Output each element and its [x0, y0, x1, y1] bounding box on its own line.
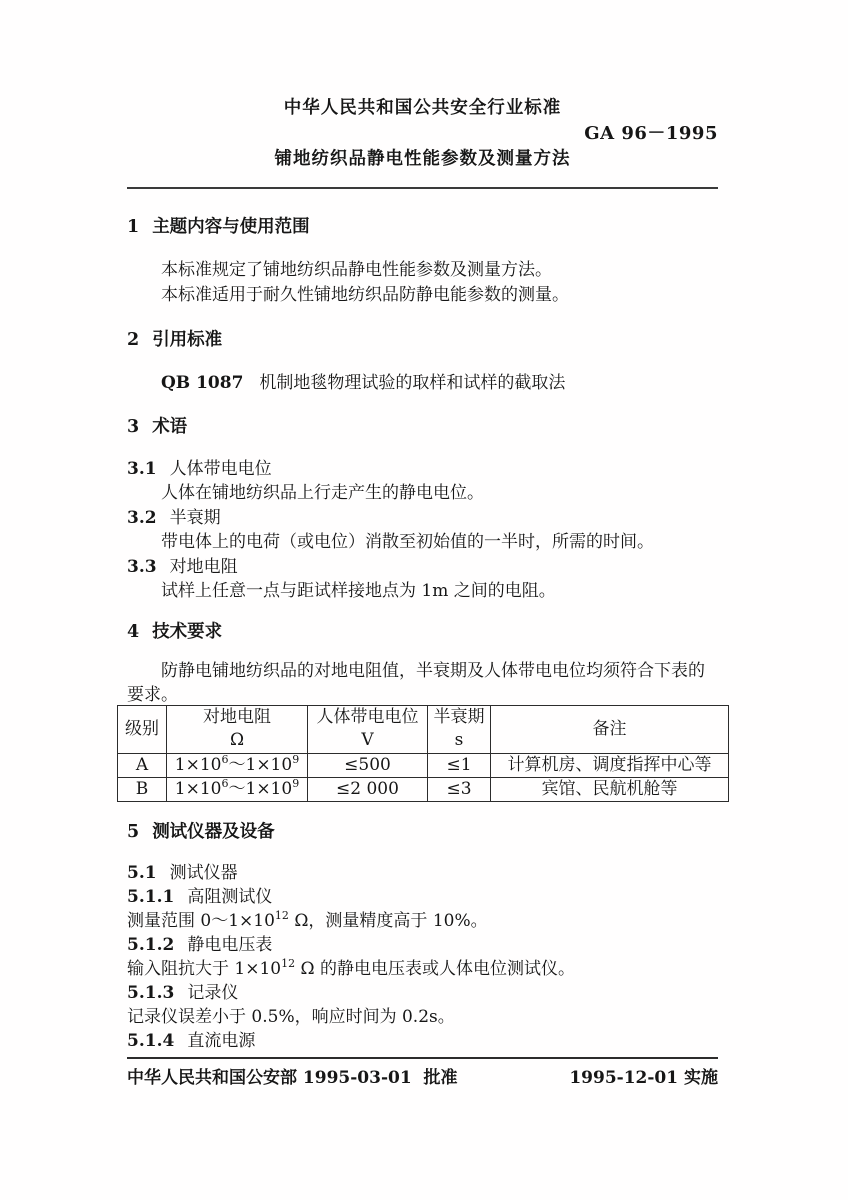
cell-remark: 宾馆、民航机舱等: [491, 777, 729, 801]
section-2-title: 引用标准: [152, 330, 222, 350]
footer-rule: [127, 1057, 718, 1059]
subsection-title: 测试仪器: [170, 863, 238, 883]
cell-remark: 计算机房、调度指挥中心等: [491, 753, 729, 777]
cell-half-life: ≤3: [428, 777, 491, 801]
subsection-heading: 5.1.4直流电源: [127, 1029, 718, 1053]
approval-note: 中华人民共和国公安部 1995-03-01 批准: [127, 1066, 458, 1091]
section-1-paragraph: 本标准适用于耐久性铺地纺织品防静电能参数的测量。: [127, 283, 718, 308]
cell-resistance: 1×106～1×109: [167, 777, 308, 801]
subsection-body: 输入阻抗大于 1×1012 Ω 的静电电压表或人体电位测试仪。: [127, 957, 718, 981]
cell-potential: ≤500: [308, 753, 428, 777]
section-4-title: 技术要求: [152, 622, 222, 642]
subsection-title: 静电电压表: [187, 935, 272, 955]
section-1-paragraph: 本标准规定了铺地纺织品静电性能参数及测量方法。: [127, 258, 718, 283]
section-3-heading: 3术语: [127, 415, 718, 440]
terms-list: 3.1人体带电电位 人体在铺地纺织品上行走产生的静电电位。 3.2半衰期 带电体…: [127, 457, 718, 604]
term-name: 半衰期: [170, 508, 221, 528]
term-definition: 带电体上的电荷（或电位）消散至初始值的一半时，所需的时间。: [127, 530, 718, 555]
col-header-grade: 级别: [118, 705, 167, 753]
standard-type-heading: 中华人民共和国公共安全行业标准: [127, 96, 718, 121]
subsection-heading: 5.1测试仪器: [127, 861, 718, 885]
section-4-intro: 防静电铺地纺织品的对地电阻值，半衰期及人体带电电位均须符合下表的要求。: [127, 659, 718, 708]
subsection-title: 直流电源: [187, 1031, 255, 1051]
section-1-title: 主题内容与使用范围: [152, 217, 310, 237]
table-row: A 1×106～1×109 ≤500 ≤1 计算机房、调度指挥中心等: [118, 753, 729, 777]
subsection-body: 测量范围 0～1×1012 Ω，测量精度高于 10%。: [127, 909, 718, 933]
section-5-title: 测试仪器及设备: [152, 822, 275, 842]
term-heading: 3.1人体带电电位: [127, 457, 718, 482]
table-header-row: 级别 对地电阻 Ω 人体带电电位 V 半衰期 s 备注: [118, 705, 729, 753]
section-1-body: 本标准规定了铺地纺织品静电性能参数及测量方法。 本标准适用于耐久性铺地纺织品防静…: [127, 258, 718, 307]
term-number: 3.3: [127, 557, 157, 577]
section-1-number: 1: [127, 217, 139, 237]
cell-half-life: ≤1: [428, 753, 491, 777]
section-5-body: 5.1测试仪器 5.1.1高阻测试仪 测量范围 0～1×1012 Ω，测量精度高…: [127, 861, 718, 1053]
document-page: 中华人民共和国公共安全行业标准 GA 96－1995 铺地纺织品静电性能参数及测…: [0, 0, 848, 1200]
section-4-number: 4: [127, 622, 139, 642]
term-number: 3.2: [127, 508, 157, 528]
document-content: 中华人民共和国公共安全行业标准 GA 96－1995 铺地纺织品静电性能参数及测…: [0, 96, 848, 1091]
referenced-standard-code: QB 1087: [161, 373, 243, 393]
term-definition: 人体在铺地纺织品上行走产生的静电电位。: [127, 481, 718, 506]
referenced-standard-title: 机制地毯物理试验的取样和试样的截取法: [259, 373, 565, 393]
subsection-number: 5.1.1: [127, 887, 174, 907]
table-row: B 1×106～1×109 ≤2 000 ≤3 宾馆、民航机舱等: [118, 777, 729, 801]
subsection-body: 记录仪误差小于 0.5%，响应时间为 0.2s。: [127, 1005, 718, 1029]
referenced-standard: QB 1087机制地毯物理试验的取样和试样的截取法: [127, 371, 718, 396]
header-rule: [127, 187, 718, 189]
subsection-title: 高阻测试仪: [187, 887, 272, 907]
requirements-table: 级别 对地电阻 Ω 人体带电电位 V 半衰期 s 备注: [117, 705, 729, 802]
section-3-title: 术语: [152, 417, 187, 437]
section-3-number: 3: [127, 417, 139, 437]
cell-resistance: 1×106～1×109: [167, 753, 308, 777]
implementation-note: 1995-12-01 实施: [569, 1066, 718, 1091]
term-heading: 3.3对地电阻: [127, 555, 718, 580]
section-5-heading: 5测试仪器及设备: [127, 820, 718, 845]
footer: 中华人民共和国公安部 1995-03-01 批准 1995-12-01 实施: [127, 1066, 718, 1091]
section-1-heading: 1主题内容与使用范围: [127, 215, 718, 240]
col-header-half-life: 半衰期 s: [428, 705, 491, 753]
subsection-heading: 5.1.1高阻测试仪: [127, 885, 718, 909]
cell-grade: A: [118, 753, 167, 777]
standard-number: GA 96－1995: [127, 121, 718, 146]
subsection-number: 5.1.2: [127, 935, 174, 955]
section-5-number: 5: [127, 822, 139, 842]
cell-potential: ≤2 000: [308, 777, 428, 801]
subsection-heading: 5.1.2静电电压表: [127, 933, 718, 957]
col-header-remark: 备注: [491, 705, 729, 753]
term-name: 人体带电电位: [170, 459, 272, 479]
section-2-heading: 2引用标准: [127, 328, 718, 353]
term-definition: 试样上任意一点与距试样接地点为 1m 之间的电阻。: [127, 579, 718, 604]
document-title: 铺地纺织品静电性能参数及测量方法: [127, 147, 718, 172]
term-number: 3.1: [127, 459, 157, 479]
subsection-number: 5.1.3: [127, 983, 174, 1003]
col-header-potential: 人体带电电位 V: [308, 705, 428, 753]
col-header-resistance: 对地电阻 Ω: [167, 705, 308, 753]
subsection-heading: 5.1.3记录仪: [127, 981, 718, 1005]
cell-grade: B: [118, 777, 167, 801]
subsection-title: 记录仪: [187, 983, 238, 1003]
subsection-number: 5.1.4: [127, 1031, 174, 1051]
section-2-number: 2: [127, 330, 139, 350]
term-name: 对地电阻: [170, 557, 238, 577]
term-heading: 3.2半衰期: [127, 506, 718, 531]
section-4-heading: 4技术要求: [127, 620, 718, 645]
subsection-number: 5.1: [127, 863, 157, 883]
